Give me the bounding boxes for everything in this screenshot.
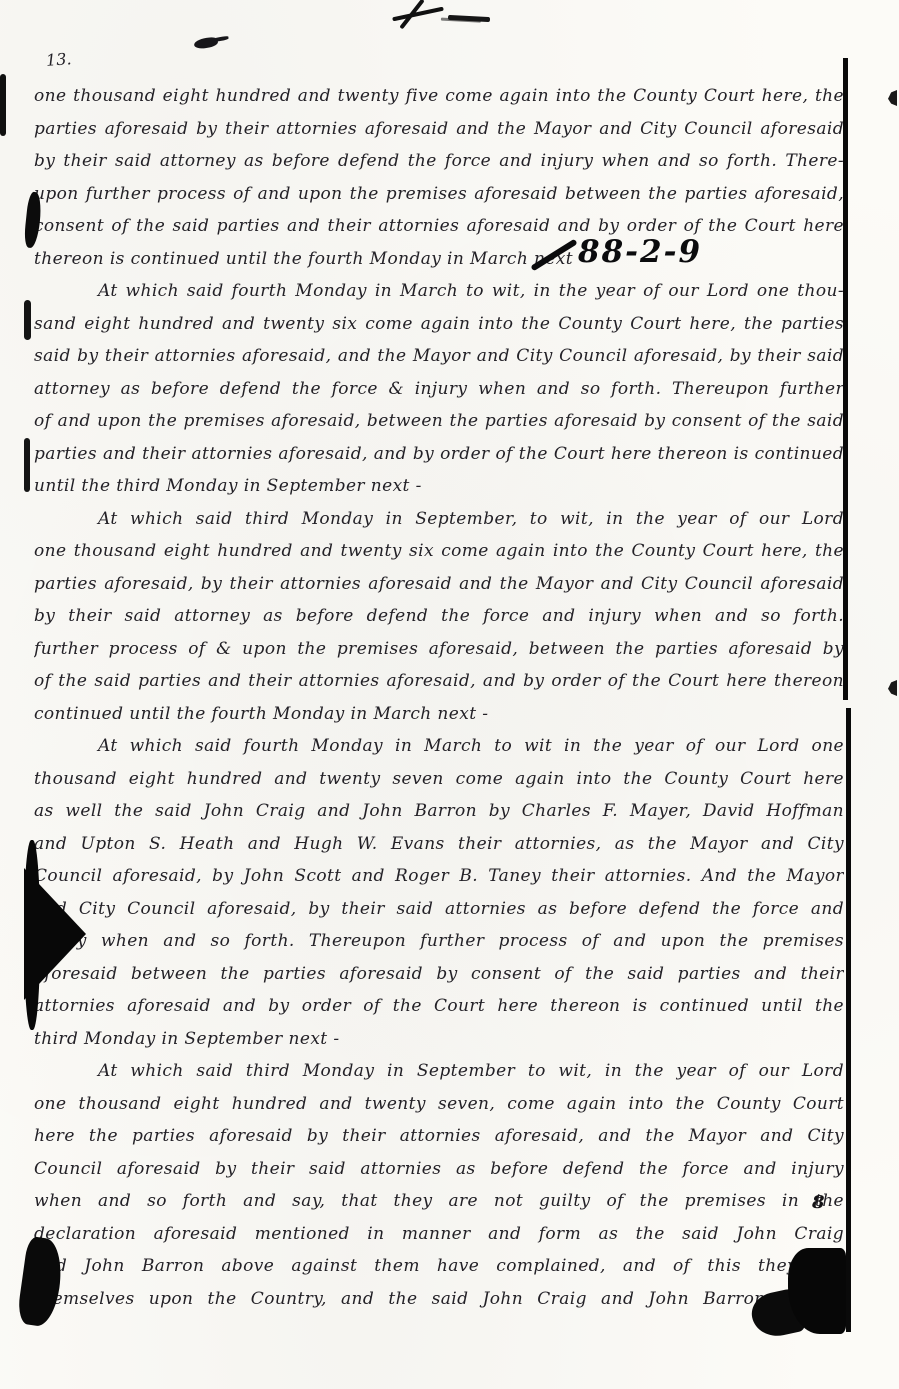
manuscript-line: of and upon the premises aforesaid, betw… [34,405,844,438]
manuscript-line: thousand eight hundred and twenty seven … [34,763,844,796]
archival-number: 88-2-9 [578,234,702,270]
ink-blot [24,868,86,1000]
manuscript-line: by their said attorney as before defend … [34,600,844,633]
manuscript-line: and City Council aforesaid, by their sai… [34,893,844,926]
manuscript-line: At which said third Monday in September … [34,1055,844,1088]
manuscript-line: attorney as before defend the force & in… [34,373,844,406]
margin-tick [888,90,897,106]
manuscript-line: attornies aforesaid and by order of the … [34,990,844,1023]
manuscript-line: here the parties aforesaid by their atto… [34,1120,844,1153]
manuscript-line: At which said fourth Monday in March to … [34,275,844,308]
manuscript-line: parties aforesaid, by their attornies af… [34,568,844,601]
manuscript-text: one thousand eight hundred and twenty fi… [34,80,844,1315]
manuscript-line: when and so forth and say, that they are… [34,1185,844,1218]
binding-edge-line [843,58,848,700]
manuscript-line: themselves upon the Country, and the sai… [34,1283,844,1316]
manuscript-line: upon further process of and upon the pre… [34,178,844,211]
margin-tick [888,680,897,696]
manuscript-line: injury when and so forth. Thereupon furt… [34,925,844,958]
ink-blot [0,74,6,136]
page-number: 13. [45,49,72,70]
manuscript-line: Council aforesaid, by John Scott and Rog… [34,860,844,893]
manuscript-line: one thousand eight hundred and twenty si… [34,535,844,568]
manuscript-line: sand eight hundred and twenty six come a… [34,308,844,341]
manuscript-line: and Upton S. Heath and Hugh W. Evans the… [34,828,844,861]
margin-number: 8 [812,1192,825,1213]
manuscript-line: aforesaid between the parties aforesaid … [34,958,844,991]
manuscript-line: by their said attorney as before defend … [34,145,844,178]
manuscript-line: Council aforesaid by their said attornie… [34,1153,844,1186]
manuscript-line: At which said third Monday in September,… [34,503,844,536]
manuscript-line: of the said parties and their attornies … [34,665,844,698]
manuscript-line: At which said fourth Monday in March to … [34,730,844,763]
ink-smudge [193,36,218,49]
manuscript-line: parties and their attornies aforesaid, a… [34,438,844,471]
ink-blot [24,438,30,492]
manuscript-line: said by their attornies aforesaid, and t… [34,340,844,373]
binding-edge-line [846,708,851,1332]
manuscript-line: parties aforesaid by their attornies afo… [34,113,844,146]
dash-mark [448,15,490,22]
manuscript-line: as well the said John Craig and John Bar… [34,795,844,828]
manuscript-line: further process of & upon the premises a… [34,633,844,666]
manuscript-line: and John Barron above against them have … [34,1250,844,1283]
manuscript-line: one thousand eight hundred and twenty fi… [34,80,844,113]
manuscript-line: consent of the said parties and their at… [34,210,844,243]
manuscript-line: one thousand eight hundred and twenty se… [34,1088,844,1121]
manuscript-line: until the third Monday in September next… [34,470,844,503]
manuscript-line: third Monday in September next - [34,1023,844,1056]
manuscript-line: thereon is continued until the fourth Mo… [34,243,844,276]
manuscript-line: continued until the fourth Monday in Mar… [34,698,844,731]
manuscript-line: declaration aforesaid mentioned in manne… [34,1218,844,1251]
ink-blot [24,300,31,340]
